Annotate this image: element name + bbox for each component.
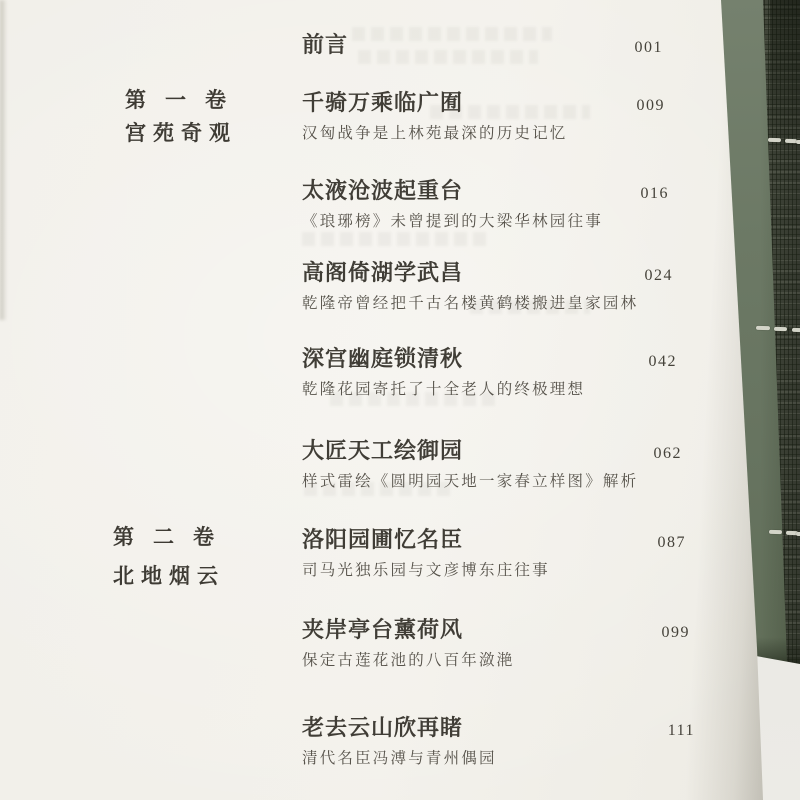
chapter-entry: 深宫幽庭锁清秋 042 乾隆花园寄托了十全老人的终极理想 bbox=[302, 342, 663, 399]
preface-entry: 前言 001 bbox=[302, 28, 663, 58]
chapter-subtitle: 样式雷绘《圆明园天地一家春立样图》解析 bbox=[302, 469, 663, 491]
chapter-entry: 高阁倚湖学武昌 024 乾隆帝曾经把千古名楼黄鹤楼搬进皇家园林 bbox=[302, 256, 663, 313]
chapter-title: 夹岸亭台薰荷风 bbox=[302, 613, 463, 644]
stitch-mark bbox=[792, 328, 800, 332]
stitch-mark bbox=[768, 138, 781, 142]
chapter-subtitle: 汉匈战争是上林苑最深的历史记忆 bbox=[302, 121, 663, 143]
cover-fabric-shadow bbox=[770, 0, 800, 170]
chapter-subtitle: 乾隆帝曾经把千古名楼黄鹤楼搬进皇家园林 bbox=[302, 291, 663, 313]
chapter-entry: 太液沧波起重台 016 《琅琊榜》未曾提到的大梁华林园往事 bbox=[302, 174, 663, 231]
stitch-mark bbox=[796, 140, 800, 144]
chapter-subtitle: 乾隆花园寄托了十全老人的终极理想 bbox=[302, 377, 663, 399]
chapter-title: 大匠天工绘御园 bbox=[302, 434, 463, 465]
toc-page: 前言 001 第一卷 宫苑奇观 千骑万乘临广囿 009 汉匈战争是上林苑最深的历… bbox=[0, 0, 800, 800]
chapter-page-number: 016 bbox=[641, 185, 670, 203]
chapter-title: 深宫幽庭锁清秋 bbox=[302, 342, 463, 373]
stitch-mark bbox=[756, 326, 770, 330]
chapter-title: 老去云山欣再睹 bbox=[302, 711, 463, 742]
chapter-subtitle: 司马光独乐园与文彦博东庄往事 bbox=[302, 558, 663, 580]
preface-title: 前言 bbox=[302, 28, 348, 59]
chapter-entry: 千骑万乘临广囿 009 汉匈战争是上林苑最深的历史记忆 bbox=[302, 86, 663, 143]
chapter-page-number: 024 bbox=[645, 267, 674, 285]
chapter-subtitle: 《琅琊榜》未曾提到的大梁华林园往事 bbox=[302, 209, 663, 231]
volume-2-header: 第二卷 北地烟云 bbox=[113, 524, 233, 589]
chapter-page-number: 062 bbox=[654, 445, 683, 463]
chapter-page-number: 009 bbox=[637, 97, 666, 115]
volume-1-header: 第一卷 宫苑奇观 bbox=[125, 87, 245, 146]
chapter-page-number: 087 bbox=[658, 534, 687, 552]
chapter-page-number: 099 bbox=[662, 624, 691, 642]
chapter-title: 千骑万乘临广囿 bbox=[302, 86, 463, 117]
toc-content: 前言 001 第一卷 宫苑奇观 千骑万乘临广囿 009 汉匈战争是上林苑最深的历… bbox=[0, 0, 800, 800]
volume-1-name: 宫苑奇观 bbox=[125, 120, 245, 146]
volume-1-label: 第一卷 bbox=[125, 87, 245, 113]
chapter-subtitle: 清代名臣冯溥与青州偶园 bbox=[302, 746, 663, 768]
book-photo: 前言 001 第一卷 宫苑奇观 千骑万乘临广囿 009 汉匈战争是上林苑最深的历… bbox=[0, 0, 800, 800]
chapter-title: 太液沧波起重台 bbox=[302, 174, 463, 205]
chapter-page-number: 111 bbox=[668, 722, 695, 740]
volume-2-name: 北地烟云 bbox=[113, 563, 233, 589]
stitch-mark bbox=[796, 532, 800, 536]
preface-page-number: 001 bbox=[635, 39, 664, 57]
stitch-mark bbox=[774, 327, 787, 331]
chapter-title: 高阁倚湖学武昌 bbox=[302, 256, 463, 287]
chapter-entry: 大匠天工绘御园 062 样式雷绘《圆明园天地一家春立样图》解析 bbox=[302, 434, 663, 491]
chapter-entry: 洛阳园圃忆名臣 087 司马光独乐园与文彦博东庄往事 bbox=[302, 523, 663, 580]
chapter-title: 洛阳园圃忆名臣 bbox=[302, 523, 463, 554]
stitch-mark bbox=[769, 530, 782, 534]
volume-2-label: 第二卷 bbox=[113, 524, 233, 550]
chapter-entry: 老去云山欣再睹 111 清代名臣冯溥与青州偶园 bbox=[302, 711, 663, 768]
chapter-page-number: 042 bbox=[649, 353, 678, 371]
chapter-entry: 夹岸亭台薰荷风 099 保定古莲花池的八百年潋滟 bbox=[302, 613, 663, 670]
chapter-subtitle: 保定古莲花池的八百年潋滟 bbox=[302, 648, 663, 670]
